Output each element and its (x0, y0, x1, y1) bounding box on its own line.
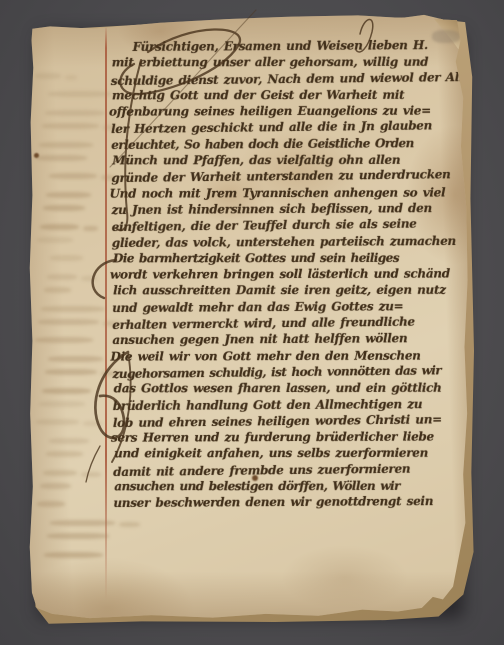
bleedthrough-mark (44, 552, 103, 558)
manuscript-line: unser beschwerden denen wir genottdrengt… (113, 493, 465, 511)
manuscript-line: Die barmhertzigkeit Gottes und sein heil… (113, 250, 465, 267)
bleedthrough-mark (43, 205, 85, 211)
bleedthrough-mark (37, 237, 73, 243)
bleedthrough-mark (49, 438, 89, 444)
bleedthrough-mark (46, 192, 91, 198)
bleedthrough-mark (42, 388, 91, 394)
manuscript-line: erleuchtet, So haben doch die Geistliche… (111, 135, 463, 153)
bleedthrough-mark (39, 142, 93, 148)
bleedthrough-mark (40, 224, 79, 230)
bleedthrough-mark (35, 73, 61, 79)
bleedthrough-mark (42, 123, 99, 129)
bleedthrough-mark (40, 483, 71, 489)
manuscript-line: ansuchen und belestigen dörffen, Wöllen … (114, 478, 466, 495)
bleedthrough-mark (46, 451, 83, 457)
bleedthrough-mark (81, 276, 97, 281)
manuscript-line: sers Herren und zu furderung brüderliche… (111, 429, 463, 447)
document-scan: Fürsichtigen, Ersamen und Weisen lieben … (0, 0, 504, 645)
bleedthrough-mark (83, 421, 102, 426)
manuscript-line: lich ausschreitten Damit sie iren geitz,… (113, 282, 465, 299)
manuscript-line: mit erbiettung unser aller gehorsam, wil… (112, 54, 464, 71)
manuscript-page: Fürsichtigen, Ersamen und Weisen lieben … (28, 13, 468, 620)
bleedthrough-mark (47, 274, 77, 280)
red-margin-rule (105, 25, 107, 600)
bleedthrough-mark (47, 533, 109, 539)
bleedthrough-mark (44, 287, 71, 293)
manuscript-line: wordt verkehren bringen soll lästerlich … (110, 266, 462, 284)
bleedthrough-mark (35, 337, 93, 343)
bleedthrough-mark (65, 75, 77, 80)
bleedthrough-mark (38, 319, 99, 325)
bleedthrough-mark (81, 472, 101, 477)
bleedthrough-mark (83, 226, 98, 231)
bleedthrough-mark (41, 306, 105, 312)
manuscript-line: ansuchen gegen Jnen nit hatt helffen wöl… (112, 330, 464, 348)
bleedthrough-mark (36, 419, 79, 425)
bleedthrough-mark (45, 369, 97, 375)
manuscript-line: Fürsichtigen, Ersamen und Weisen lieben … (111, 37, 463, 55)
manuscript-line: das Gottlos wesen fharen lassen, und ein… (114, 380, 466, 397)
manuscript-line: Und noch mit Jrem Tyrannischen anhengen … (109, 184, 461, 202)
bleedthrough-mark (45, 110, 105, 116)
bleedthrough-mark (48, 91, 111, 97)
bleedthrough-mark (37, 501, 65, 507)
bleedthrough-mark (119, 522, 140, 527)
bleedthrough-mark (49, 173, 97, 179)
manuscript-text: Fürsichtigen, Ersamen und Weisen lieben … (111, 37, 466, 512)
bleedthrough-mark (50, 520, 115, 526)
bleedthrough-mark (39, 401, 85, 407)
manuscript-line: mechtig Gott und der Geist der Warheit m… (112, 87, 464, 104)
manuscript-line: glieder, das volck, unterstehen parteiis… (112, 232, 464, 250)
bleedthrough-mark (43, 470, 77, 476)
manuscript-line: und einigkeit anfahen, uns selbs zuerfor… (114, 445, 466, 462)
bleedthrough-mark (48, 356, 103, 362)
bleedthrough-mark (36, 155, 87, 161)
bleedthrough-mark (50, 255, 83, 261)
